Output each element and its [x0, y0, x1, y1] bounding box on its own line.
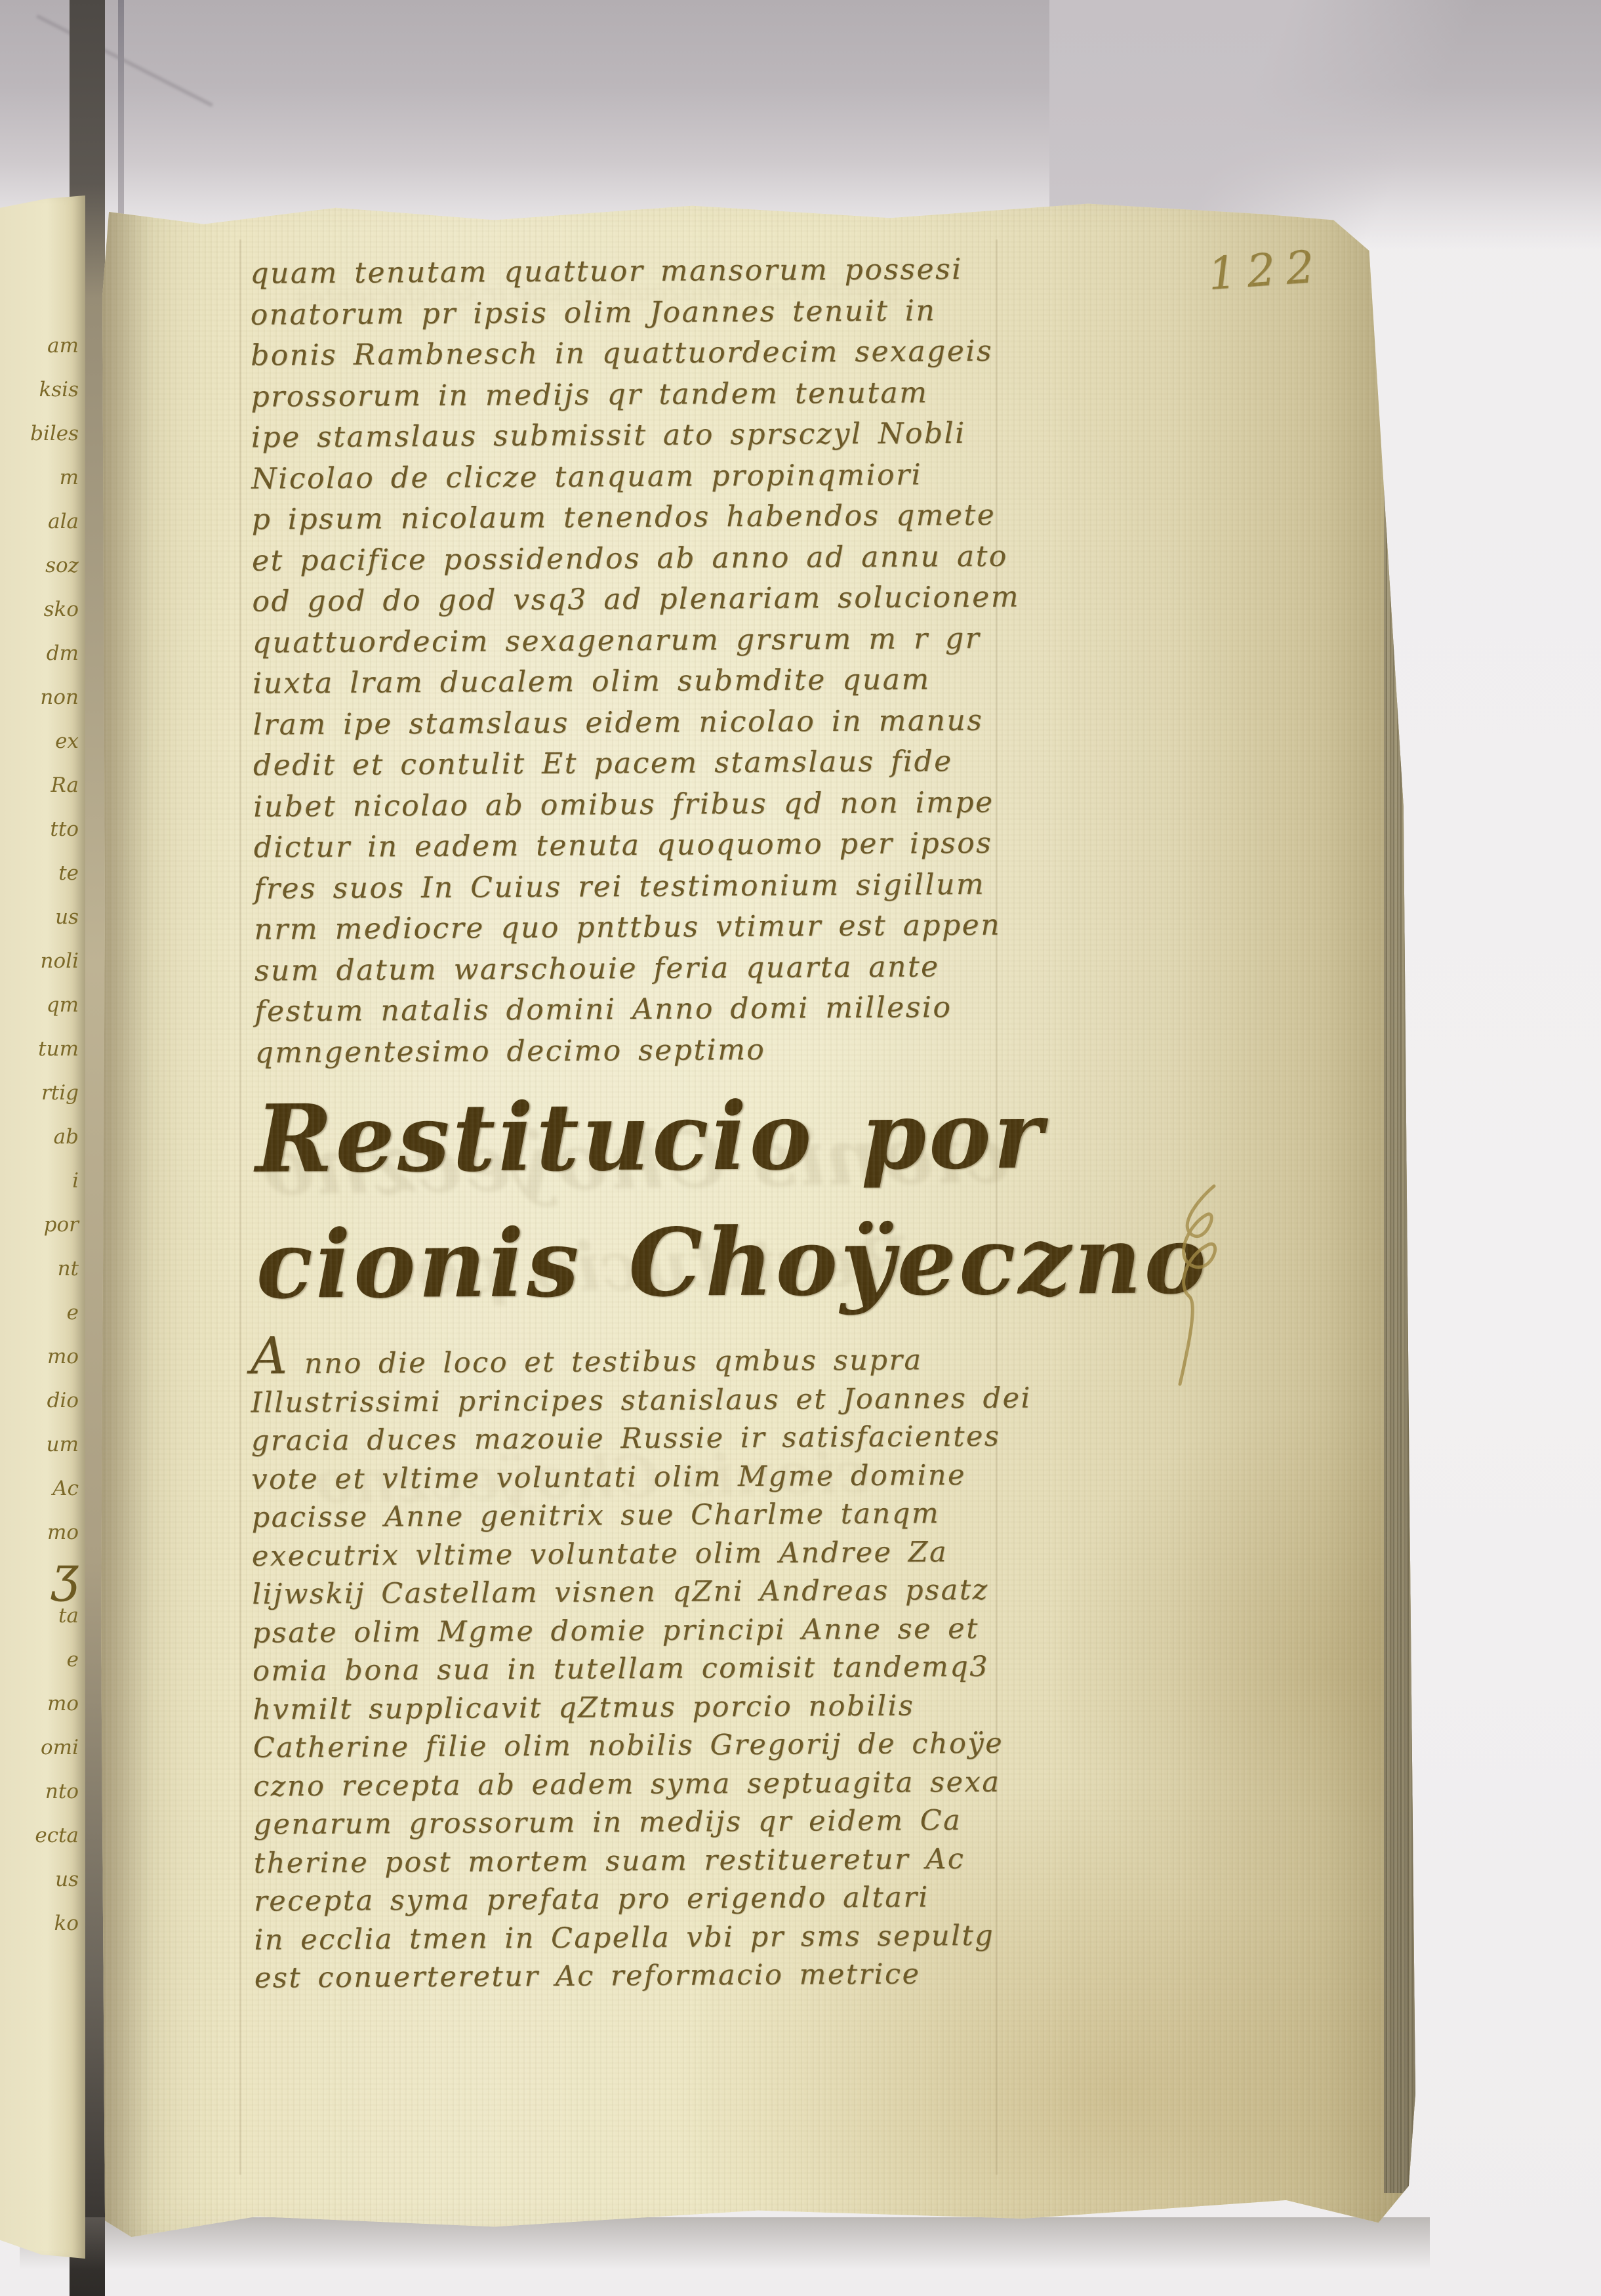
manuscript-line: czno recepta ab eadem syma septuagita se… [253, 1763, 1034, 1806]
facing-page-fragment: um [0, 1423, 79, 1467]
manuscript-line: psate olim Mgme domie principi Anne se e… [253, 1609, 1034, 1652]
facing-page-sliver: amksisbilesmalasozskodmnonexRattoteusnol… [0, 195, 85, 2259]
manuscript-line: Illustrissimi principes stanislaus et Jo… [251, 1379, 1032, 1422]
manuscript-line: dictur in eadem tenuta quoquomo per ipso… [254, 823, 1022, 869]
manuscript-line: pacisse Anne genitrix sue Charlme tanqm [251, 1494, 1032, 1537]
entry-1-text: quam tenutam quattuor mansorum possesion… [250, 249, 1023, 1073]
facing-page-fragment: i [0, 1159, 79, 1203]
manuscript-line: Anno die loco et testibus qmbus supra [251, 1334, 1032, 1384]
manuscript-line: genarum grossorum in medijs qr eidem Ca [253, 1801, 1034, 1844]
facing-page-fragment: ab [0, 1115, 79, 1159]
facing-page-fragment: ta [0, 1594, 79, 1638]
page-bottom-shadow [20, 2217, 1430, 2270]
manuscript-line: quattuordecim sexagenarum grsrum m r gr [253, 618, 1021, 664]
facing-page-fragment: ex [0, 720, 79, 764]
manuscript-line: lijwskij Castellam visnen qZni Andreas p… [252, 1570, 1033, 1614]
manuscript-line: qmngentesimo decimo septimo [254, 1028, 1023, 1074]
facing-page-fragment: nto [0, 1770, 79, 1814]
manuscript-line: prossorum in medijs qr tandem tenutam [251, 372, 1019, 418]
facing-page-fragment: noli [0, 939, 79, 983]
book-fore-edge [1384, 218, 1418, 2193]
facing-page-fragment: ʒ [0, 1555, 79, 1594]
facing-page-fragment: omi [0, 1726, 79, 1770]
manuscript-line: Nicolao de clicze tanquam propinqmiori [251, 454, 1019, 500]
manuscript-line: est conuerteretur Ac reformacio metrice [254, 1954, 1036, 1998]
facing-page-fragment: am [0, 324, 79, 368]
marginal-paraph-mark [1151, 1174, 1263, 1391]
manuscript-line: p ipsum nicolaum tenendos habendos qmete [251, 495, 1019, 541]
facing-page-fragment: biles [0, 412, 79, 456]
ruling-line-left [239, 239, 241, 2175]
gutter-secondary-line [118, 0, 124, 230]
facing-page-fragment: te [0, 851, 79, 895]
manuscript-line: quam tenutam quattuor mansorum possesi [250, 249, 1018, 295]
facing-page-fragment: us [0, 1858, 79, 1902]
entry-heading: Restitucio por cionis Choÿeczno [255, 1071, 1209, 1328]
facing-page-fragment: tto [0, 808, 79, 851]
facing-page-fragment: Ac [0, 1467, 79, 1511]
manuscript-line: in ecclia tmen in Capella vbi pr sms sep… [254, 1916, 1035, 1959]
manuscript-line: recepta syma prefata pro erigendo altari [254, 1877, 1035, 1921]
manuscript-page: cionis Choÿeczno Restitucio por gracia d… [98, 194, 1418, 2237]
facing-page-fragments: amksisbilesmalasozskodmnonexRattoteusnol… [0, 195, 85, 1946]
facing-page-fragment: dio [0, 1379, 79, 1423]
facing-page-fragment: mo [0, 1335, 79, 1379]
facing-page-fragment: sko [0, 588, 79, 632]
manuscript-line: hvmilt supplicavit qZtmus porcio nobilis [253, 1686, 1034, 1729]
facing-page-fragment: dm [0, 632, 79, 676]
facing-page-fragment: nt [0, 1247, 79, 1291]
facing-page-fragment: soz [0, 544, 79, 588]
facing-page-fragment: non [0, 676, 79, 720]
facing-page-fragment: ecta [0, 1814, 79, 1858]
page-number: 122 [1206, 241, 1326, 300]
manuscript-line: omia bona sua in tutellam comisit tandem… [253, 1647, 1034, 1691]
facing-page-fragment: por [0, 1203, 79, 1247]
manuscript-line: od god do god vsq3 ad plenariam solucion… [252, 577, 1020, 623]
manuscript-line: ipe stamslaus submissit ato sprsczyl Nob… [251, 413, 1019, 459]
manuscript-line: festum natalis domini Anno domi millesio [254, 987, 1023, 1033]
manuscript-line: nrm mediocre quo pnttbus vtimur est appe… [254, 905, 1022, 951]
manuscript-line: et pacifice possidendos ab anno ad annu … [252, 536, 1020, 582]
facing-page-fragment: tum [0, 1027, 79, 1071]
facing-page-fragment: e [0, 1291, 79, 1335]
manuscript-line: Catherine filie olim nobilis Gregorij de… [253, 1724, 1034, 1767]
manuscript-line: onatorum pr ipsis olim Joannes tenuit in [251, 290, 1019, 336]
facing-page-fragment: ala [0, 500, 79, 544]
manuscript-line: therine post mortem suam restitueretur A… [254, 1839, 1035, 1883]
facing-page-fragment: qm [0, 983, 79, 1027]
facing-page-fragment: m [0, 456, 79, 500]
facing-page-fragment: mo [0, 1682, 79, 1726]
manuscript-line: iubet nicolao ab omibus fribus qd non im… [253, 782, 1021, 828]
manuscript-line: executrix vltime voluntate olim Andree Z… [252, 1532, 1033, 1576]
facing-page-fragment: ko [0, 1902, 79, 1946]
facing-page-fragment: us [0, 895, 79, 939]
facing-page-fragment: rtig [0, 1071, 79, 1115]
manuscript-line: bonis Rambnesch in quattuordecim sexagei… [251, 331, 1019, 377]
entry-heading-line-2: cionis Choÿeczno [256, 1197, 1209, 1328]
entry-2-text: Anno die loco et testibus qmbus supraIll… [251, 1334, 1035, 1998]
manuscript-line: gracia duces mazouie Russie ir satisfaci… [251, 1417, 1032, 1460]
facing-page-fragment: ksis [0, 368, 79, 412]
manuscript-line: dedit et contulit Et pacem stamslaus fid… [253, 741, 1021, 787]
entry-heading-line-1: Restitucio por [255, 1071, 1209, 1202]
manuscript-line: lram ipe stamslaus eidem nicolao in manu… [253, 700, 1021, 746]
manuscript-line: iuxta lram ducalem olim submdite quam [253, 659, 1021, 705]
facing-page-fragment: Ra [0, 764, 79, 808]
manuscript-line: vote et vltime voluntati olim Mgme domin… [251, 1456, 1032, 1499]
manuscript-line: sum datum warschouie feria quarta ante [254, 946, 1023, 992]
facing-page-fragment: e [0, 1638, 79, 1682]
manuscript-line: fres suos In Cuius rei testimonium sigil… [254, 864, 1022, 910]
manuscript-photo: amksisbilesmalasozskodmnonexRattoteusnol… [0, 0, 1601, 2296]
